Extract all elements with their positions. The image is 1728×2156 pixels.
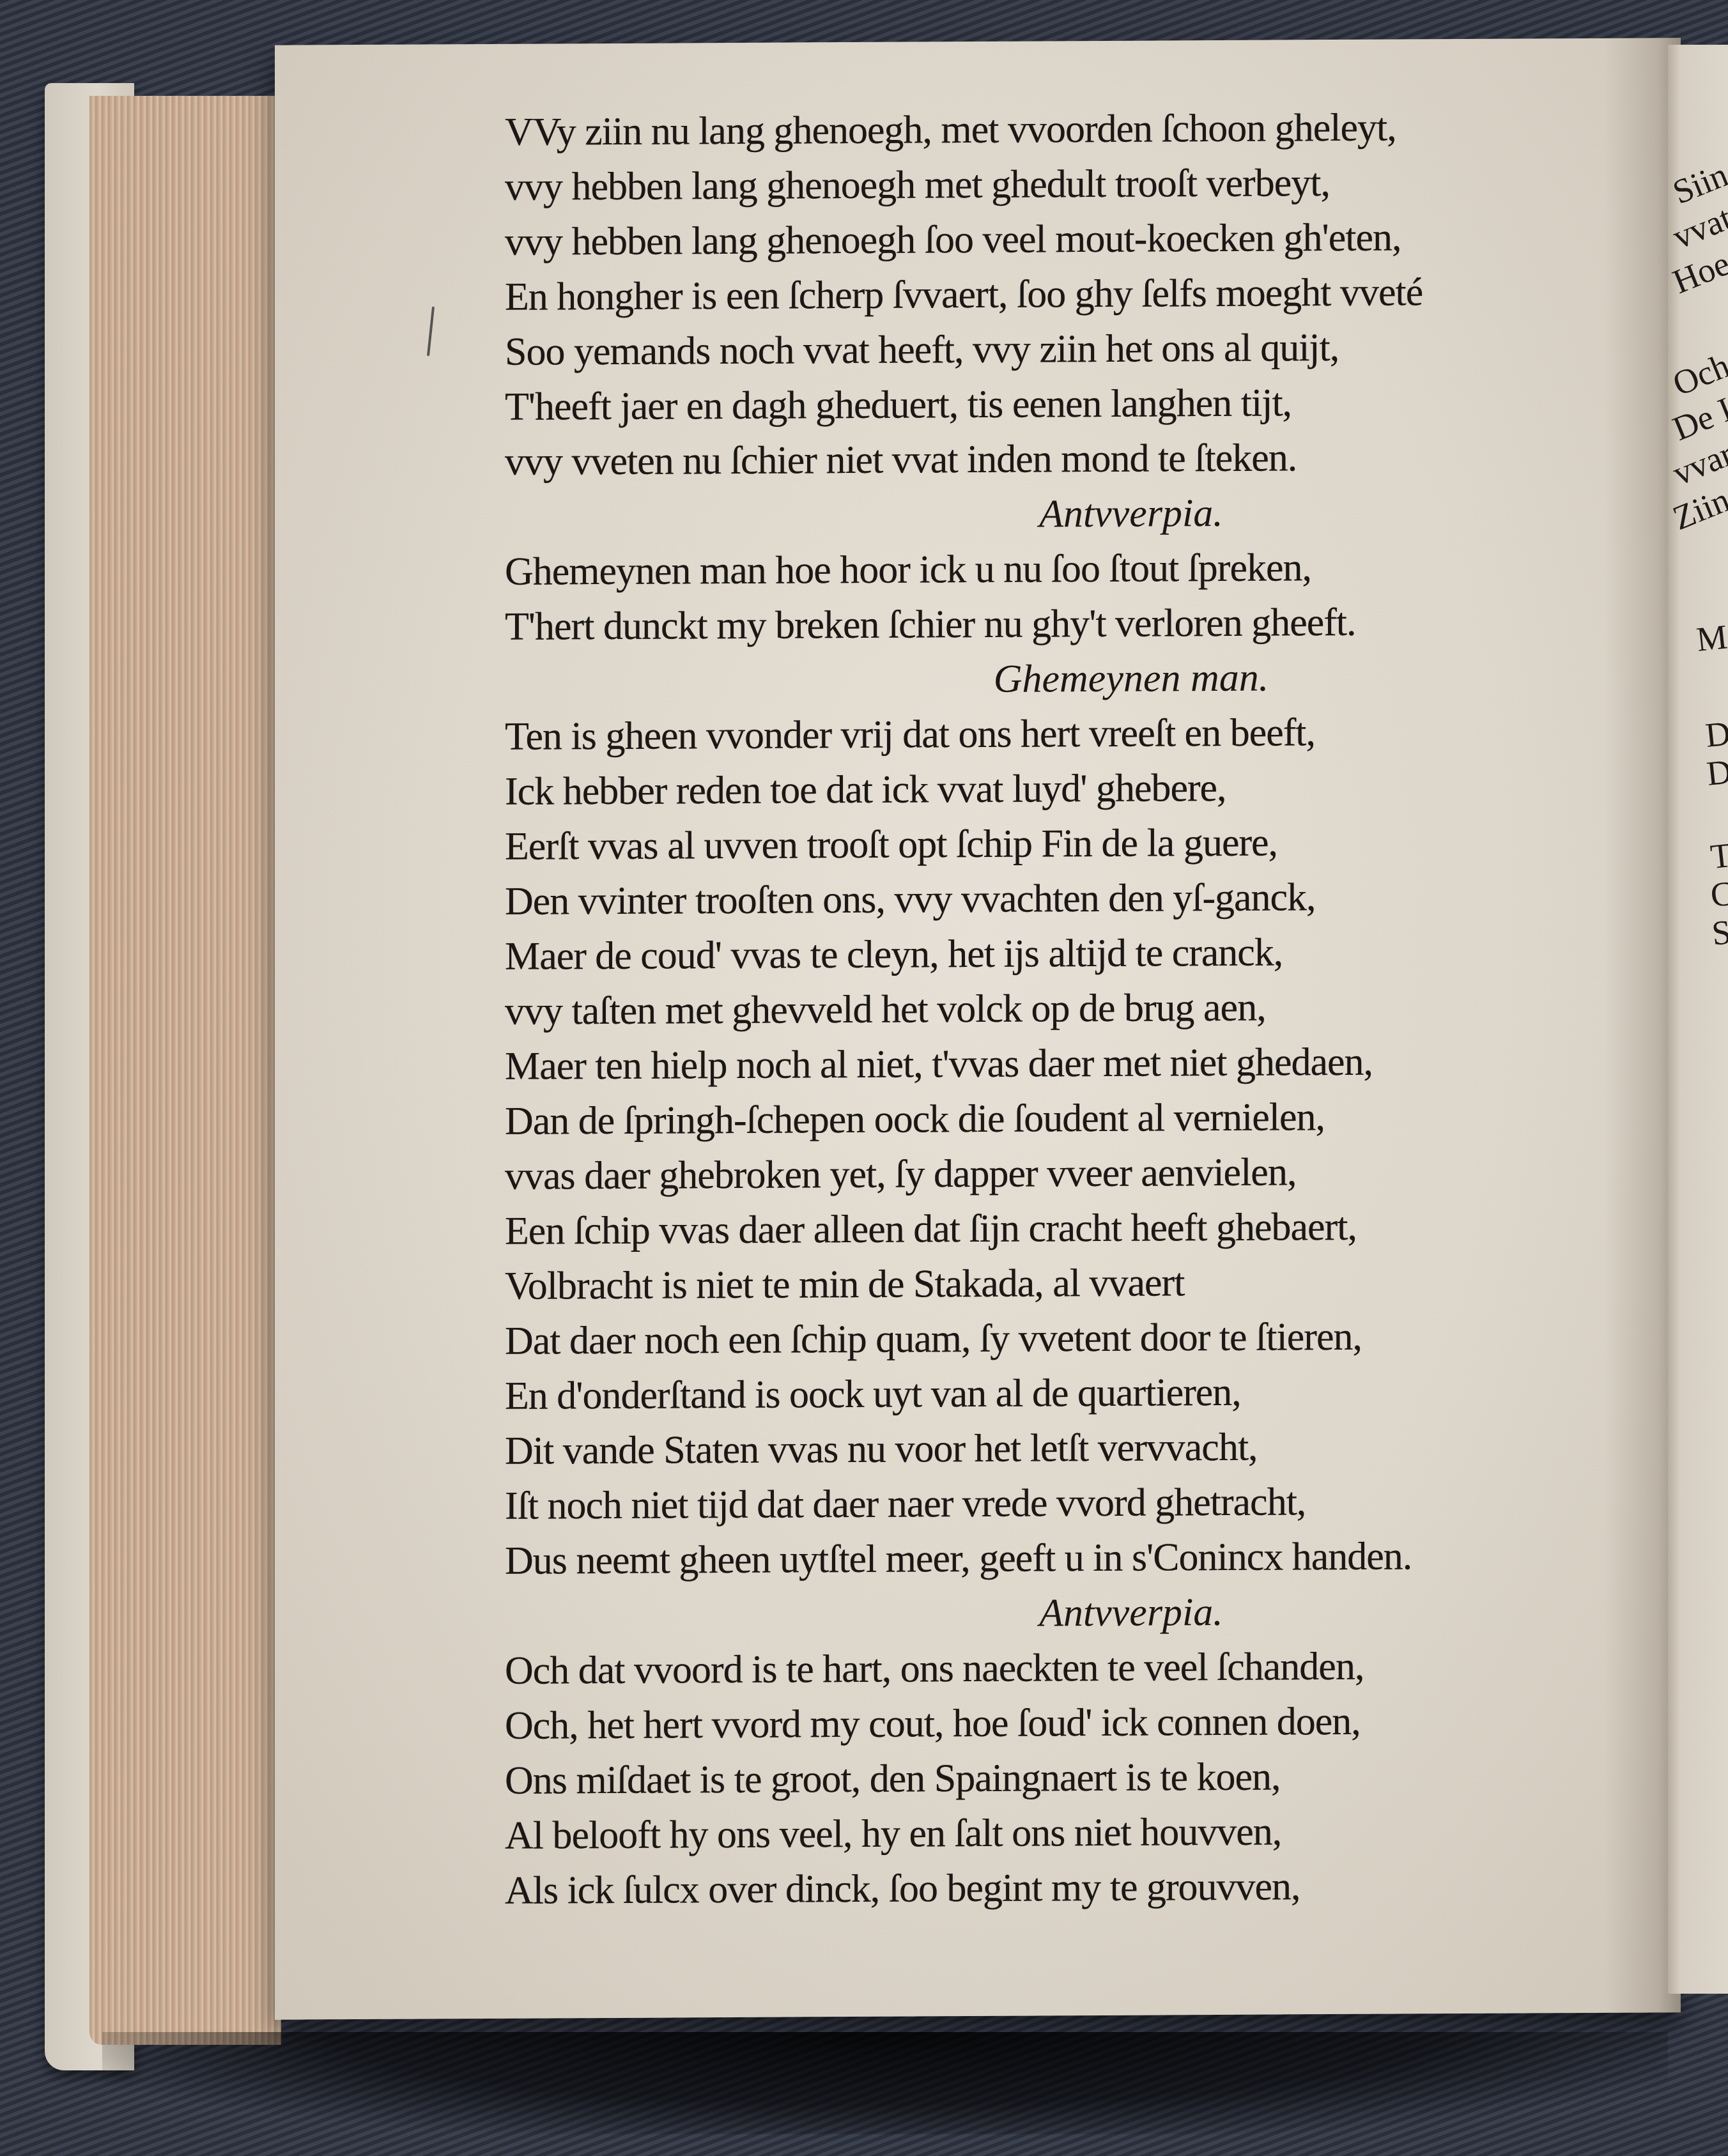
verse-line: Iſt noch niet tijd dat daer naer vrede v… [505,1472,1668,1534]
page-edges-stack [89,96,281,2045]
verse-line: Dan de ſpringh-ſchepen oock die ſoudent … [505,1088,1668,1149]
right-page-fragment: C [1709,874,1728,915]
verse-line: Ons miſdaet is te groot, den Spaingnaert… [505,1747,1668,1808]
verse-block: Ten is gheen vvonder vrij dat ons hert v… [505,703,1668,1589]
verse-line: vvy vveten nu ſchier niet vvat inden mon… [505,428,1668,489]
verse-line: Maer ten hielp noch al niet, t'vvas daer… [505,1033,1668,1094]
verse-line: Den vvinter trooſten ons, vvy vvachten d… [505,868,1668,929]
verse-block: Och dat vvoord is te hart, ons naeckten … [505,1637,1668,1918]
verse-line: Dat daer noch een ſchip quam, ſy vvetent… [505,1307,1668,1369]
verse-line: Ghemeynen man hoe hoor ick u nu ſoo ſtou… [505,538,1668,599]
right-page-fragment: D [1704,713,1728,755]
verse-line: En d'onderſtand is oock uyt van al de qu… [505,1362,1668,1424]
verse-block: VVy ziin nu lang ghenoegh, met vvoorden … [505,98,1668,489]
verse-line: vvy taſten met ghevveld het volck op de … [505,978,1668,1039]
verse-line: Eerſt vvas al uvven trooſt opt ſchip Fin… [505,813,1668,874]
verse-line: Volbracht is niet te min de Stakada, al … [505,1252,1668,1314]
verse-line: Och, het hert vvord my cout, hoe ſoud' i… [505,1692,1668,1753]
verse-line: Al belooft hy ons veel, hy en ſalt ons n… [505,1802,1668,1863]
speaker-heading: Ghemeynen man. [505,648,1668,709]
speaker-heading: Antvverpia. [505,1582,1668,1644]
verse-line: En hongher is een ſcherp ſvvaert, ſoo gh… [505,263,1668,325]
verse-line: T'hert dunckt my breken ſchier nu ghy't … [505,593,1668,654]
right-page-fragment: D [1705,751,1728,794]
verse-line: vvy hebben lang ghenoegh ſoo veel mout-k… [505,208,1668,270]
verse-line: Soo yemands noch vvat heeft, vvy ziin he… [505,318,1668,380]
left-page: VVy ziin nu lang ghenoegh, met vvoorden … [275,38,1681,2020]
book-bottom-shadow [102,2032,1668,2134]
verse-line: vvas daer ghebroken yet, ſy dapper vveer… [505,1143,1668,1204]
verse-line: Dus neemt gheen uytſtel meer, geeft u in… [505,1527,1668,1589]
verse-line: vvy hebben lang ghenoegh met ghedult tro… [505,153,1668,215]
verse-line: Ick hebber reden toe dat ick vvat luyd' … [505,758,1668,819]
right-page-fragment: Ziin [1668,480,1728,538]
verse-line: T'heeft jaer en dagh gheduert, tis eenen… [505,373,1668,435]
right-page-edge: Siin v vvat h Hoe l Och De I vvar Ziin M… [1668,45,1728,1994]
page-text: VVy ziin nu lang ghenoegh, met vvoorden … [505,98,1668,1918]
verse-line: Maer de coud' vvas te cleyn, het ijs alt… [505,923,1668,984]
pencil-margin-mark [427,306,435,356]
right-page-fragment: S [1710,912,1728,953]
speaker-heading: Antvverpia. [505,483,1668,544]
verse-line: Ten is gheen vvonder vrij dat ons hert v… [505,703,1668,764]
verse-block: Ghemeynen man hoe hoor ick u nu ſoo ſtou… [505,538,1668,654]
verse-line: Als ick ſulcx over dinck, ſoo begint my … [505,1857,1668,1918]
right-page-fragment: Ma [1695,615,1728,659]
verse-line: Och dat vvoord is te hart, ons naeckten … [505,1637,1668,1698]
verse-line: Dit vande Staten vvas nu voor het letſt … [505,1417,1668,1479]
verse-line: VVy ziin nu lang ghenoegh, met vvoorden … [505,98,1668,160]
right-page-fragment: T [1709,835,1728,877]
verse-line: Een ſchip vvas daer alleen dat ſijn crac… [505,1197,1668,1259]
